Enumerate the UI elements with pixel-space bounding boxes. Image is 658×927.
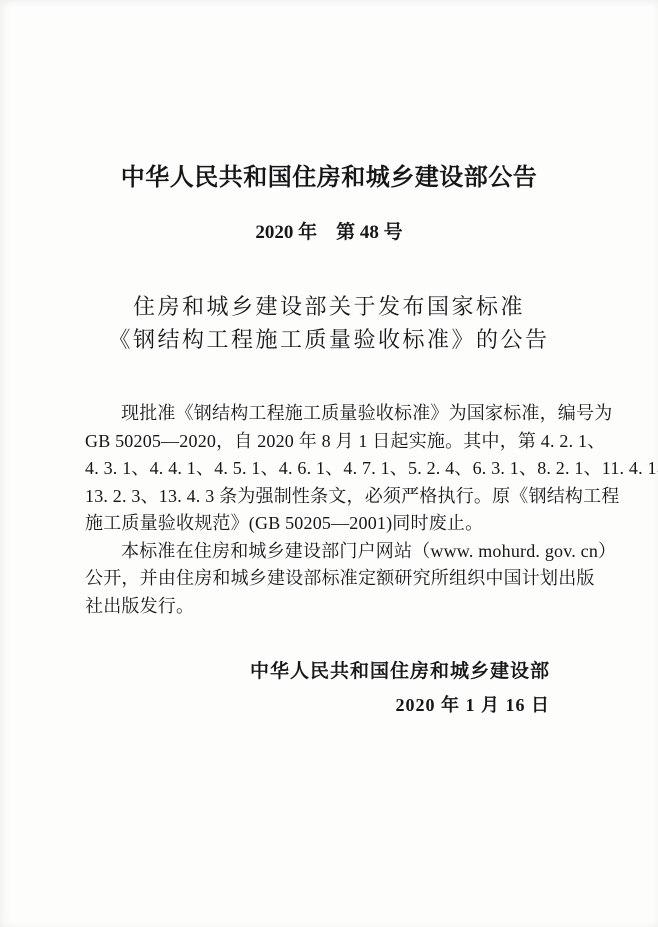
paragraph-2: 本标准在住房和城乡建设部门户网站（www. mohurd. gov. cn） 公… <box>85 538 572 621</box>
body-line: GB 50205—2020，自 2020 年 8 月 1 日起实施。其中，第 4… <box>85 428 572 456</box>
signature-date: 2020 年 1 月 16 日 <box>0 693 550 717</box>
issue-number: 2020 年 第 48 号 <box>0 221 658 245</box>
body-line: 13. 2. 3、13. 4. 3 条为强制性条文，必须严格执行。原《钢结构工程 <box>85 483 572 511</box>
body-line: 社出版发行。 <box>85 593 572 621</box>
body-line: 公开，并由住房和城乡建设部标准定额研究所组织中国计划出版 <box>85 565 572 593</box>
page-title: 中华人民共和国住房和城乡建设部公告 <box>0 0 658 193</box>
announcement-body: 现批准《钢结构工程施工质量验收标准》为国家标准，编号为 GB 50205—202… <box>85 400 572 620</box>
subtitle-line-1: 住房和城乡建设部关于发布国家标准 <box>0 290 658 323</box>
document-page: 中华人民共和国住房和城乡建设部公告 2020 年 第 48 号 住房和城乡建设部… <box>0 0 658 927</box>
announcement-subtitle: 住房和城乡建设部关于发布国家标准 《钢结构工程施工质量验收标准》的公告 <box>0 290 658 356</box>
body-line: 4. 3. 1、4. 4. 1、4. 5. 1、4. 6. 1、4. 7. 1、… <box>85 455 572 483</box>
body-line: 施工质量验收规范》(GB 50205—2001)同时废止。 <box>85 510 572 538</box>
paragraph-1: 现批准《钢结构工程施工质量验收标准》为国家标准，编号为 GB 50205—202… <box>85 400 572 538</box>
body-line: 现批准《钢结构工程施工质量验收标准》为国家标准，编号为 <box>85 400 572 428</box>
subtitle-line-2: 《钢结构工程施工质量验收标准》的公告 <box>0 323 658 356</box>
signature-issuer: 中华人民共和国住房和城乡建设部 <box>0 660 550 684</box>
body-line: 本标准在住房和城乡建设部门户网站（www. mohurd. gov. cn） <box>85 538 572 566</box>
signature-block: 中华人民共和国住房和城乡建设部 2020 年 1 月 16 日 <box>0 660 550 717</box>
